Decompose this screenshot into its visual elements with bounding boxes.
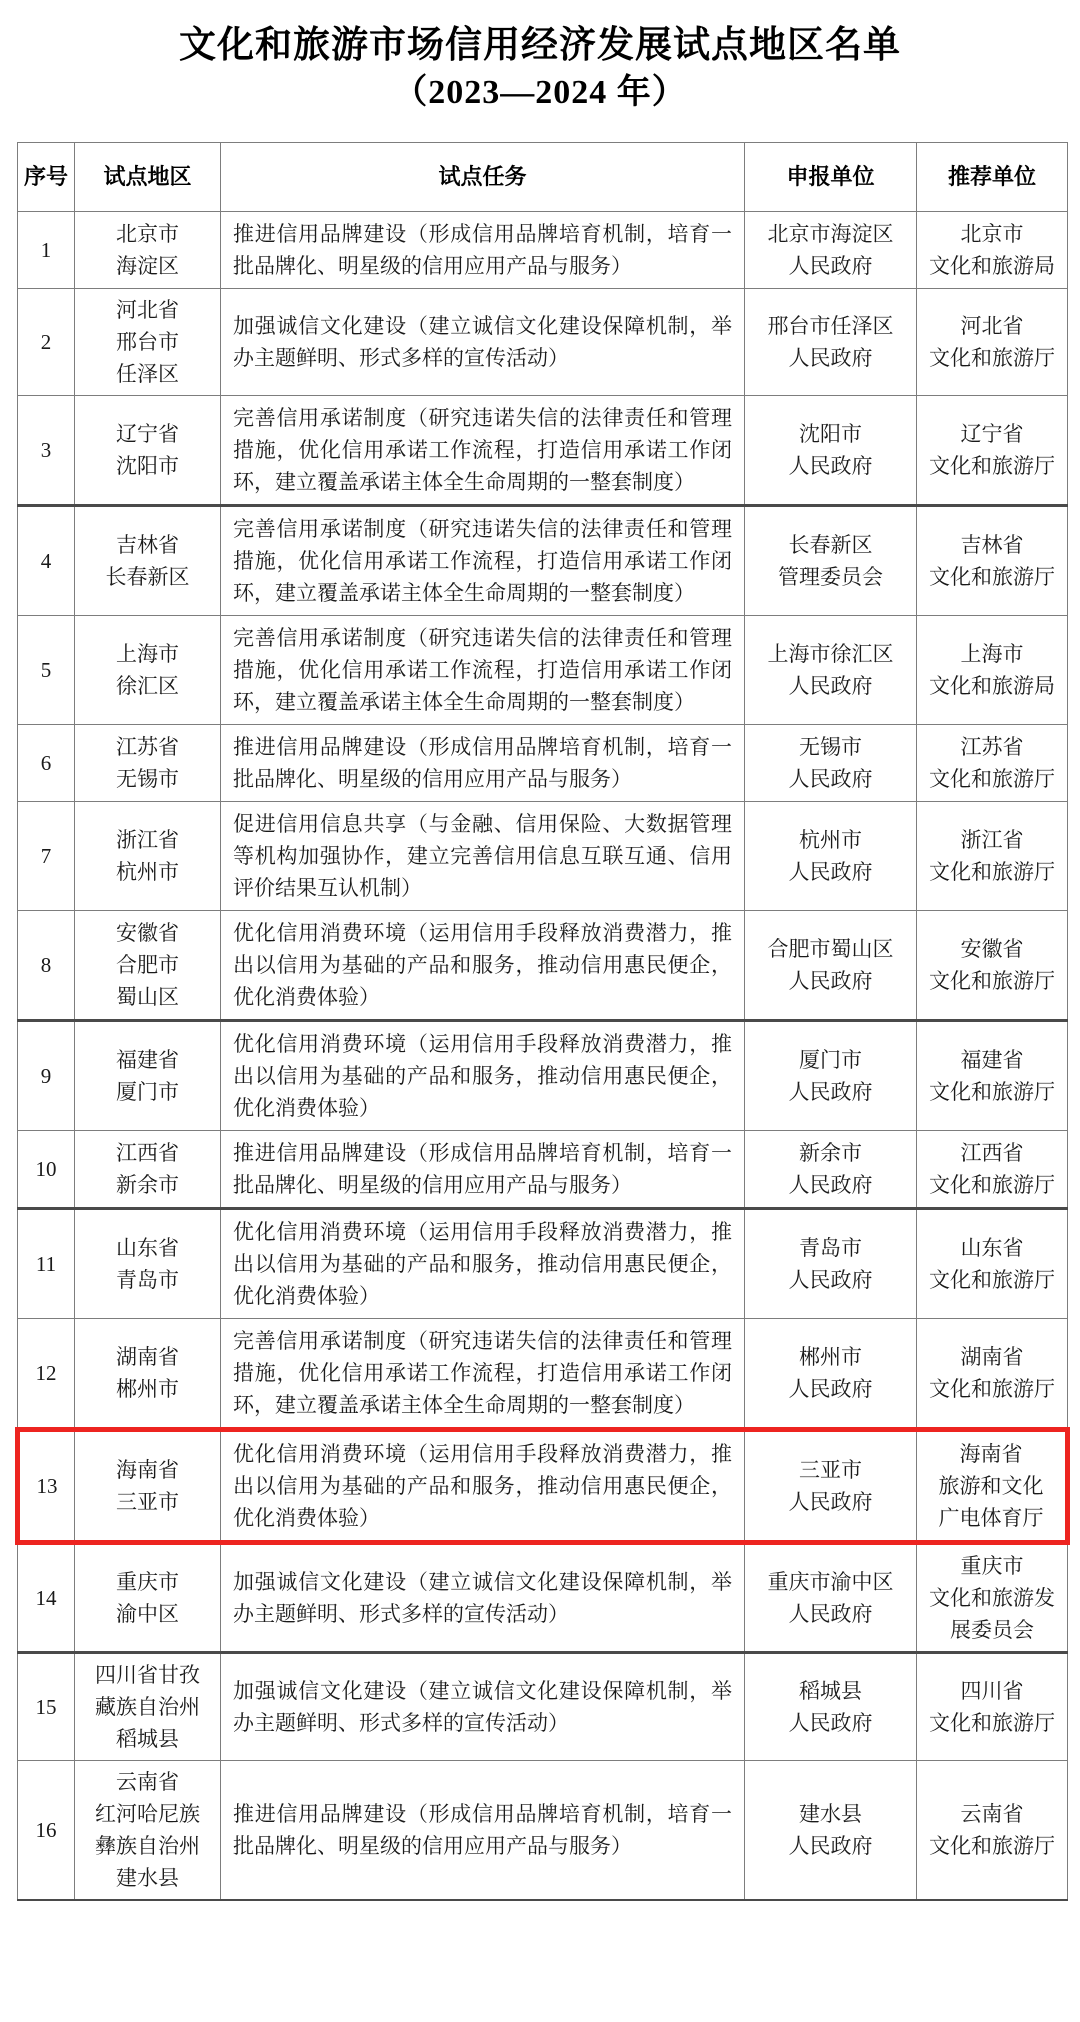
cell-applicant-line: 人民政府	[749, 1486, 912, 1518]
cell-applicant-line: 人民政府	[749, 763, 912, 795]
cell-region-line: 藏族自治州	[79, 1691, 216, 1723]
cell-recommender-line: 文化和旅游局	[921, 250, 1063, 282]
cell-region: 江苏省无锡市	[75, 725, 221, 802]
cell-index: 16	[18, 1761, 75, 1901]
cell-region-line: 红河哈尼族	[79, 1798, 216, 1830]
cell-recommender-line: 文化和旅游发	[921, 1582, 1063, 1614]
cell-region-line: 三亚市	[79, 1486, 216, 1518]
cell-recommender-line: 湖南省	[921, 1341, 1063, 1373]
cell-task: 优化信用消费环境（运用信用手段释放消费潜力，推出以信用为基础的产品和服务，推动信…	[221, 911, 745, 1021]
table-row: 10江西省新余市推进信用品牌建设（形成信用品牌培育机制，培育一批品牌化、明星级的…	[18, 1131, 1068, 1209]
cell-recommender-line: 文化和旅游厅	[921, 561, 1063, 593]
cell-region: 吉林省长春新区	[75, 506, 221, 616]
cell-recommender-line: 文化和旅游厅	[921, 1264, 1063, 1296]
cell-index: 2	[18, 289, 75, 396]
document-title: 文化和旅游市场信用经济发展试点地区名单 （2023—2024 年）	[0, 22, 1080, 116]
cell-applicant-line: 人民政府	[749, 1169, 912, 1201]
cell-region-line: 福建省	[79, 1044, 216, 1076]
cell-applicant-line: 人民政府	[749, 450, 912, 482]
cell-recommender: 安徽省文化和旅游厅	[917, 911, 1068, 1021]
cell-region: 重庆市渝中区	[75, 1543, 221, 1653]
cell-region-line: 郴州市	[79, 1373, 216, 1405]
cell-task: 完善信用承诺制度（研究违诺失信的法律责任和管理措施，优化信用承诺工作流程，打造信…	[221, 616, 745, 725]
cell-recommender-line: 展委员会	[921, 1614, 1063, 1646]
table-row: 11山东省青岛市优化信用消费环境（运用信用手段释放消费潜力，推出以信用为基础的产…	[18, 1209, 1068, 1319]
document-page: 文化和旅游市场信用经济发展试点地区名单 （2023—2024 年） 序号 试点地…	[0, 0, 1080, 2022]
table-header-row: 序号 试点地区 试点任务 申报单位 推荐单位	[18, 143, 1068, 212]
cell-task: 完善信用承诺制度（研究违诺失信的法律责任和管理措施，优化信用承诺工作流程，打造信…	[221, 506, 745, 616]
cell-region-line: 海南省	[79, 1454, 216, 1486]
cell-applicant-line: 郴州市	[749, 1341, 912, 1373]
cell-region-line: 四川省甘孜	[79, 1659, 216, 1691]
cell-applicant: 长春新区管理委员会	[745, 506, 917, 616]
cell-recommender-line: 河北省	[921, 310, 1063, 342]
cell-recommender: 河北省文化和旅游厅	[917, 289, 1068, 396]
cell-region-line: 吉林省	[79, 529, 216, 561]
header-region: 试点地区	[75, 143, 221, 212]
table-row: 16云南省红河哈尼族彝族自治州建水县推进信用品牌建设（形成信用品牌培育机制，培育…	[18, 1761, 1068, 1901]
cell-applicant-line: 人民政府	[749, 1076, 912, 1108]
cell-recommender: 上海市文化和旅游局	[917, 616, 1068, 725]
cell-recommender-line: 文化和旅游厅	[921, 1076, 1063, 1108]
cell-recommender-line: 四川省	[921, 1675, 1063, 1707]
cell-region-line: 合肥市	[79, 949, 216, 981]
cell-task: 优化信用消费环境（运用信用手段释放消费潜力，推出以信用为基础的产品和服务，推动信…	[221, 1021, 745, 1131]
cell-region: 福建省厦门市	[75, 1021, 221, 1131]
cell-recommender: 辽宁省文化和旅游厅	[917, 396, 1068, 506]
cell-applicant: 青岛市人民政府	[745, 1209, 917, 1319]
cell-region-line: 上海市	[79, 638, 216, 670]
header-task: 试点任务	[221, 143, 745, 212]
table-row: 9福建省厦门市优化信用消费环境（运用信用手段释放消费潜力，推出以信用为基础的产品…	[18, 1021, 1068, 1131]
cell-recommender-line: 海南省	[921, 1438, 1061, 1470]
cell-task: 完善信用承诺制度（研究违诺失信的法律责任和管理措施，优化信用承诺工作流程，打造信…	[221, 1319, 745, 1430]
cell-applicant: 稻城县人民政府	[745, 1653, 917, 1761]
cell-recommender-line: 江苏省	[921, 731, 1063, 763]
cell-applicant-line: 人民政府	[749, 1373, 912, 1405]
cell-recommender: 四川省文化和旅游厅	[917, 1653, 1068, 1761]
cell-recommender-line: 江西省	[921, 1137, 1063, 1169]
table-row: 15四川省甘孜藏族自治州稻城县加强诚信文化建设（建立诚信文化建设保障机制，举办主…	[18, 1653, 1068, 1761]
cell-recommender-line: 旅游和文化	[921, 1470, 1061, 1502]
table-row: 4吉林省长春新区完善信用承诺制度（研究违诺失信的法律责任和管理措施，优化信用承诺…	[18, 506, 1068, 616]
cell-recommender-line: 文化和旅游厅	[921, 342, 1063, 374]
table-row: 6江苏省无锡市推进信用品牌建设（形成信用品牌培育机制，培育一批品牌化、明星级的信…	[18, 725, 1068, 802]
cell-applicant-line: 人民政府	[749, 342, 912, 374]
cell-region: 安徽省合肥市蜀山区	[75, 911, 221, 1021]
cell-region-line: 辽宁省	[79, 418, 216, 450]
cell-recommender: 北京市文化和旅游局	[917, 212, 1068, 289]
cell-recommender: 重庆市文化和旅游发展委员会	[917, 1543, 1068, 1653]
cell-recommender: 湖南省文化和旅游厅	[917, 1319, 1068, 1430]
cell-recommender-line: 浙江省	[921, 824, 1063, 856]
cell-recommender-line: 广电体育厅	[921, 1502, 1061, 1534]
cell-index: 15	[18, 1653, 75, 1761]
cell-recommender-line: 文化和旅游厅	[921, 1169, 1063, 1201]
cell-recommender-line: 重庆市	[921, 1550, 1063, 1582]
cell-applicant-line: 厦门市	[749, 1044, 912, 1076]
table-row: 3辽宁省沈阳市完善信用承诺制度（研究违诺失信的法律责任和管理措施，优化信用承诺工…	[18, 396, 1068, 506]
cell-region-line: 蜀山区	[79, 981, 216, 1013]
cell-region-line: 新余市	[79, 1169, 216, 1201]
cell-region: 江西省新余市	[75, 1131, 221, 1209]
cell-index: 11	[18, 1209, 75, 1319]
header-index: 序号	[18, 143, 75, 212]
cell-task: 推进信用品牌建设（形成信用品牌培育机制，培育一批品牌化、明星级的信用应用产品与服…	[221, 1131, 745, 1209]
cell-task: 加强诚信文化建设（建立诚信文化建设保障机制，举办主题鲜明、形式多样的宣传活动）	[221, 289, 745, 396]
cell-applicant: 沈阳市人民政府	[745, 396, 917, 506]
cell-recommender-line: 吉林省	[921, 529, 1063, 561]
cell-region-line: 长春新区	[79, 561, 216, 593]
cell-applicant-line: 合肥市蜀山区	[749, 933, 912, 965]
cell-region: 海南省三亚市	[75, 1430, 221, 1543]
cell-applicant-line: 邢台市任泽区	[749, 310, 912, 342]
cell-recommender: 吉林省文化和旅游厅	[917, 506, 1068, 616]
cell-index: 4	[18, 506, 75, 616]
cell-recommender-line: 文化和旅游厅	[921, 856, 1063, 888]
cell-recommender-line: 文化和旅游厅	[921, 450, 1063, 482]
cell-region-line: 厦门市	[79, 1076, 216, 1108]
cell-index: 5	[18, 616, 75, 725]
cell-applicant-line: 人民政府	[749, 670, 912, 702]
cell-region-line: 河北省	[79, 294, 216, 326]
cell-region-line: 无锡市	[79, 763, 216, 795]
pilot-table-body: 1北京市海淀区推进信用品牌建设（形成信用品牌培育机制，培育一批品牌化、明星级的信…	[18, 212, 1068, 1901]
cell-applicant: 邢台市任泽区人民政府	[745, 289, 917, 396]
table-row: 7浙江省杭州市促进信用信息共享（与金融、信用保险、大数据管理等机构加强协作，建立…	[18, 802, 1068, 911]
cell-region-line: 浙江省	[79, 824, 216, 856]
table-header-row: 序号 试点地区 试点任务 申报单位 推荐单位	[18, 143, 1068, 212]
cell-task: 优化信用消费环境（运用信用手段释放消费潜力，推出以信用为基础的产品和服务，推动信…	[221, 1430, 745, 1543]
cell-index: 9	[18, 1021, 75, 1131]
cell-index: 7	[18, 802, 75, 911]
cell-index: 13	[18, 1430, 75, 1543]
table-row-highlighted: 13海南省三亚市优化信用消费环境（运用信用手段释放消费潜力，推出以信用为基础的产…	[18, 1430, 1068, 1543]
cell-task: 促进信用信息共享（与金融、信用保险、大数据管理等机构加强协作，建立完善信用信息互…	[221, 802, 745, 911]
cell-recommender-line: 文化和旅游厅	[921, 965, 1063, 997]
cell-task: 推进信用品牌建设（形成信用品牌培育机制，培育一批品牌化、明星级的信用应用产品与服…	[221, 212, 745, 289]
document-title-line2: （2023—2024 年）	[0, 70, 1080, 116]
cell-applicant-line: 上海市徐汇区	[749, 638, 912, 670]
cell-recommender: 福建省文化和旅游厅	[917, 1021, 1068, 1131]
cell-region-line: 徐汇区	[79, 670, 216, 702]
cell-index: 12	[18, 1319, 75, 1430]
table-row: 2河北省邢台市任泽区加强诚信文化建设（建立诚信文化建设保障机制，举办主题鲜明、形…	[18, 289, 1068, 396]
cell-task: 加强诚信文化建设（建立诚信文化建设保障机制，举办主题鲜明、形式多样的宣传活动）	[221, 1543, 745, 1653]
cell-region: 云南省红河哈尼族彝族自治州建水县	[75, 1761, 221, 1901]
cell-recommender-line: 辽宁省	[921, 418, 1063, 450]
cell-region: 北京市海淀区	[75, 212, 221, 289]
cell-applicant-line: 人民政府	[749, 1707, 912, 1739]
cell-index: 8	[18, 911, 75, 1021]
cell-region-line: 安徽省	[79, 917, 216, 949]
table-row: 5上海市徐汇区完善信用承诺制度（研究违诺失信的法律责任和管理措施，优化信用承诺工…	[18, 616, 1068, 725]
cell-recommender-line: 安徽省	[921, 933, 1063, 965]
cell-region-line: 建水县	[79, 1862, 216, 1894]
cell-region-line: 山东省	[79, 1232, 216, 1264]
cell-recommender-line: 文化和旅游厅	[921, 1830, 1063, 1862]
cell-applicant-line: 稻城县	[749, 1675, 912, 1707]
cell-applicant-line: 人民政府	[749, 965, 912, 997]
cell-applicant: 合肥市蜀山区人民政府	[745, 911, 917, 1021]
header-applicant: 申报单位	[745, 143, 917, 212]
cell-index: 1	[18, 212, 75, 289]
cell-recommender-line: 文化和旅游厅	[921, 1707, 1063, 1739]
cell-region: 四川省甘孜藏族自治州稻城县	[75, 1653, 221, 1761]
cell-index: 10	[18, 1131, 75, 1209]
cell-region-line: 渝中区	[79, 1598, 216, 1630]
cell-applicant-line: 人民政府	[749, 1598, 912, 1630]
cell-applicant-line: 管理委员会	[749, 561, 912, 593]
cell-applicant-line: 长春新区	[749, 529, 912, 561]
cell-region-line: 云南省	[79, 1766, 216, 1798]
cell-applicant-line: 人民政府	[749, 250, 912, 282]
cell-index: 3	[18, 396, 75, 506]
cell-region: 湖南省郴州市	[75, 1319, 221, 1430]
cell-applicant: 新余市人民政府	[745, 1131, 917, 1209]
cell-region-line: 北京市	[79, 218, 216, 250]
cell-applicant-line: 人民政府	[749, 1830, 912, 1862]
cell-recommender-line: 山东省	[921, 1232, 1063, 1264]
cell-recommender: 浙江省文化和旅游厅	[917, 802, 1068, 911]
pilot-regions-table: 序号 试点地区 试点任务 申报单位 推荐单位 1北京市海淀区推进信用品牌建设（形…	[15, 142, 1070, 1901]
cell-applicant-line: 建水县	[749, 1798, 912, 1830]
cell-applicant: 厦门市人民政府	[745, 1021, 917, 1131]
cell-applicant-line: 人民政府	[749, 1264, 912, 1296]
cell-recommender: 江西省文化和旅游厅	[917, 1131, 1068, 1209]
cell-applicant: 建水县人民政府	[745, 1761, 917, 1901]
cell-applicant: 重庆市渝中区人民政府	[745, 1543, 917, 1653]
cell-applicant-line: 无锡市	[749, 731, 912, 763]
cell-region-line: 青岛市	[79, 1264, 216, 1296]
table-row: 1北京市海淀区推进信用品牌建设（形成信用品牌培育机制，培育一批品牌化、明星级的信…	[18, 212, 1068, 289]
cell-recommender: 海南省旅游和文化广电体育厅	[917, 1430, 1068, 1543]
cell-region: 山东省青岛市	[75, 1209, 221, 1319]
cell-recommender: 山东省文化和旅游厅	[917, 1209, 1068, 1319]
cell-recommender-line: 文化和旅游厅	[921, 763, 1063, 795]
cell-region-line: 稻城县	[79, 1723, 216, 1755]
cell-region-line: 重庆市	[79, 1566, 216, 1598]
cell-recommender-line: 文化和旅游局	[921, 670, 1063, 702]
cell-recommender-line: 文化和旅游厅	[921, 1373, 1063, 1405]
cell-recommender-line: 福建省	[921, 1044, 1063, 1076]
cell-recommender-line: 北京市	[921, 218, 1063, 250]
header-recommender: 推荐单位	[917, 143, 1068, 212]
cell-task: 优化信用消费环境（运用信用手段释放消费潜力，推出以信用为基础的产品和服务，推动信…	[221, 1209, 745, 1319]
cell-recommender-line: 云南省	[921, 1798, 1063, 1830]
cell-applicant: 郴州市人民政府	[745, 1319, 917, 1430]
cell-region-line: 江苏省	[79, 731, 216, 763]
cell-index: 6	[18, 725, 75, 802]
cell-applicant-line: 北京市海淀区	[749, 218, 912, 250]
cell-task: 加强诚信文化建设（建立诚信文化建设保障机制，举办主题鲜明、形式多样的宣传活动）	[221, 1653, 745, 1761]
cell-applicant-line: 新余市	[749, 1137, 912, 1169]
cell-region-line: 沈阳市	[79, 450, 216, 482]
cell-region-line: 邢台市	[79, 326, 216, 358]
cell-region-line: 杭州市	[79, 856, 216, 888]
cell-applicant: 无锡市人民政府	[745, 725, 917, 802]
cell-applicant-line: 青岛市	[749, 1232, 912, 1264]
cell-region: 河北省邢台市任泽区	[75, 289, 221, 396]
cell-region-line: 江西省	[79, 1137, 216, 1169]
document-title-line1: 文化和旅游市场信用经济发展试点地区名单	[0, 22, 1080, 70]
cell-region-line: 湖南省	[79, 1341, 216, 1373]
cell-recommender: 江苏省文化和旅游厅	[917, 725, 1068, 802]
cell-recommender-line: 上海市	[921, 638, 1063, 670]
cell-applicant-line: 重庆市渝中区	[749, 1566, 912, 1598]
cell-applicant-line: 三亚市	[749, 1454, 912, 1486]
cell-region-line: 海淀区	[79, 250, 216, 282]
cell-region: 浙江省杭州市	[75, 802, 221, 911]
cell-region-line: 任泽区	[79, 358, 216, 390]
cell-applicant-line: 人民政府	[749, 856, 912, 888]
cell-region: 辽宁省沈阳市	[75, 396, 221, 506]
cell-applicant: 北京市海淀区人民政府	[745, 212, 917, 289]
cell-applicant: 上海市徐汇区人民政府	[745, 616, 917, 725]
cell-applicant: 杭州市人民政府	[745, 802, 917, 911]
cell-applicant-line: 沈阳市	[749, 418, 912, 450]
cell-task: 完善信用承诺制度（研究违诺失信的法律责任和管理措施，优化信用承诺工作流程，打造信…	[221, 396, 745, 506]
table-row: 12湖南省郴州市完善信用承诺制度（研究违诺失信的法律责任和管理措施，优化信用承诺…	[18, 1319, 1068, 1430]
cell-region: 上海市徐汇区	[75, 616, 221, 725]
table-row: 14重庆市渝中区加强诚信文化建设（建立诚信文化建设保障机制，举办主题鲜明、形式多…	[18, 1543, 1068, 1653]
cell-task: 推进信用品牌建设（形成信用品牌培育机制，培育一批品牌化、明星级的信用应用产品与服…	[221, 1761, 745, 1901]
cell-task: 推进信用品牌建设（形成信用品牌培育机制，培育一批品牌化、明星级的信用应用产品与服…	[221, 725, 745, 802]
cell-recommender: 云南省文化和旅游厅	[917, 1761, 1068, 1901]
table-row: 8安徽省合肥市蜀山区优化信用消费环境（运用信用手段释放消费潜力，推出以信用为基础…	[18, 911, 1068, 1021]
cell-applicant-line: 杭州市	[749, 824, 912, 856]
cell-index: 14	[18, 1543, 75, 1653]
cell-region-line: 彝族自治州	[79, 1830, 216, 1862]
cell-applicant: 三亚市人民政府	[745, 1430, 917, 1543]
